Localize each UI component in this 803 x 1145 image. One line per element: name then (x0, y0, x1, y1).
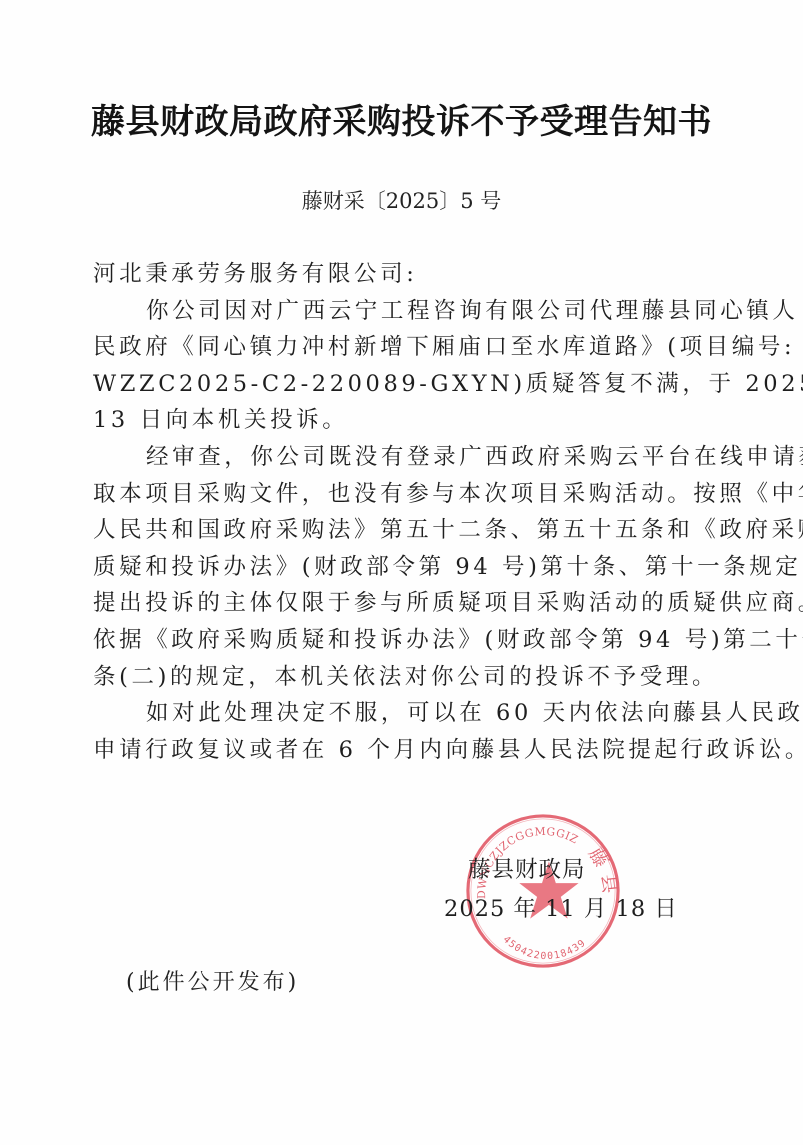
paragraph-line: 依据《政府采购质疑和投诉办法》(财政部令第 94 号)第二十一 (93, 622, 705, 659)
paragraph-line: 取本项目采购文件，也没有参与本次项目采购活动。按照《中华 (93, 476, 705, 513)
paragraph-review: 经审查，你公司既没有登录广西政府采购云平台在线申请获 取本项目采购文件，也没有参… (93, 439, 705, 695)
paragraph-line: 条(二)的规定，本机关依法对你公司的投诉不予受理。 (93, 659, 705, 696)
paragraph-line: 你公司因对广西云宁工程咨询有限公司代理藤县同心镇人 (93, 293, 705, 330)
publish-note: (此件公开发布) (126, 968, 299, 998)
signature-organization: 藤县财政局 (468, 855, 586, 885)
document-title: 藤县财政局政府采购投诉不予受理告知书 (0, 100, 803, 144)
paragraph-line: 13 日向本机关投诉。 (93, 402, 705, 439)
paragraph-line: 如对此处理决定不服，可以在 60 天内依法向藤县人民政府 (93, 695, 705, 732)
paragraph-line: 质疑和投诉办法》(财政部令第 94 号)第十条、第十一条规定， (93, 549, 705, 586)
paragraph-line: 提出投诉的主体仅限于参与所质疑项目采购活动的质疑供应商。 (93, 585, 705, 622)
document-body: 河北秉承劳务服务有限公司: 你公司因对广西云宁工程咨询有限公司代理藤县同心镇人 … (93, 256, 705, 768)
official-seal-icon: DWNCZJZCGGMGGIZ 藤县财政局 4504220018439 (464, 812, 622, 970)
paragraph-line: 民政府《同心镇力冲村新增下厢庙口至水库道路》(项目编号: (93, 329, 705, 366)
paragraph-line: 人民共和国政府采购法》第五十二条、第五十五条和《政府采购 (93, 512, 705, 549)
document-number: 藤财采〔2025〕5 号 (0, 186, 803, 216)
addressee: 河北秉承劳务服务有限公司: (93, 256, 705, 293)
paragraph-complaint: 你公司因对广西云宁工程咨询有限公司代理藤县同心镇人 民政府《同心镇力冲村新增下厢… (93, 293, 705, 439)
paragraph-line: WZZC2025-C2-220089-GXYN)质疑答复不满，于 2025 年 … (93, 366, 705, 403)
paragraph-line: 申请行政复议或者在 6 个月内向藤县人民法院提起行政诉讼。 (93, 732, 705, 769)
paragraph-appeal: 如对此处理决定不服，可以在 60 天内依法向藤县人民政府 申请行政复议或者在 6… (93, 695, 705, 768)
addressee-line: 河北秉承劳务服务有限公司: (93, 256, 705, 293)
paragraph-line: 经审查，你公司既没有登录广西政府采购云平台在线申请获 (93, 439, 705, 476)
signature-date: 2025 年 11 月 18 日 (444, 894, 678, 924)
document-page: 藤县财政局政府采购投诉不予受理告知书 藤财采〔2025〕5 号 河北秉承劳务服务… (0, 0, 803, 1145)
